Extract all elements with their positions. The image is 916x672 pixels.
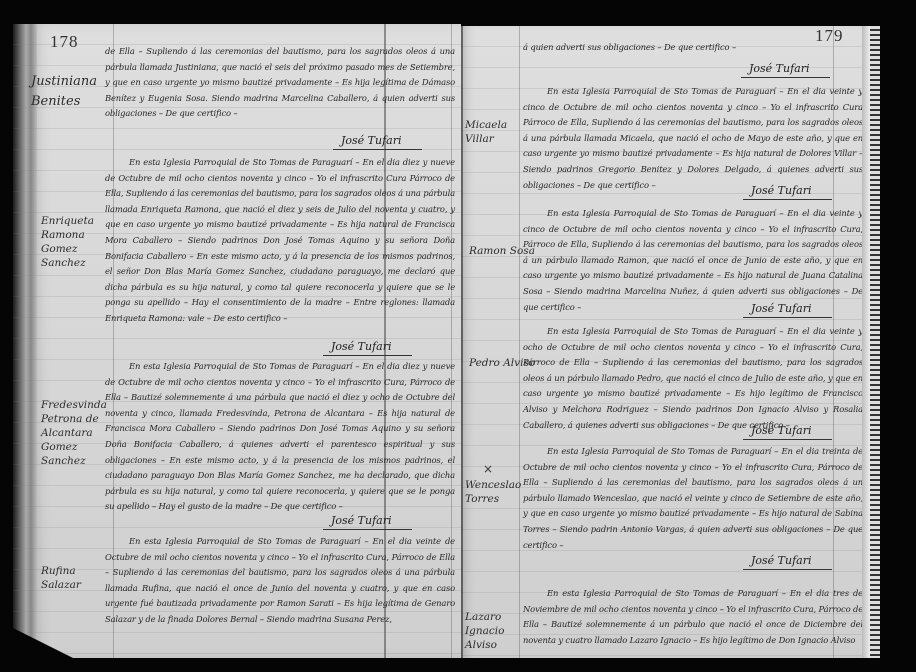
baptism-entry-enriqueta: En esta Iglesia Parroquial de Sto Tomas … <box>105 155 455 327</box>
margin-name-fredesvinda: Fredesvinda Petrona de Alcantara Gomez S… <box>41 398 113 468</box>
baptism-entry-lazaro: En esta Iglesia Parroquial de Sto Tomas … <box>523 586 863 648</box>
priest-signature: José Tufari <box>743 424 832 440</box>
entry-text: En esta Iglesia Parroquial de Sto Tomas … <box>105 155 455 327</box>
priest-signature: José Tufari <box>743 302 832 318</box>
entry-text: á quien adverti sus obligaciones – De qu… <box>523 40 823 56</box>
margin-name-justiniana: Justiniana Benites <box>31 72 103 112</box>
baptism-entry-justiniana: de Ella – Supliendo á las ceremonias del… <box>105 44 455 122</box>
margin-name-rufina: Rufina Salazar <box>41 564 113 592</box>
page-number-left: 178 <box>50 32 79 52</box>
priest-signature: José Tufari <box>323 514 412 530</box>
priest-signature: José Tufari <box>741 62 830 78</box>
baptism-entry-rufina: En esta Iglesia Parroquial de Sto Tomas … <box>105 534 455 628</box>
scanned-register-spread: 178 Justiniana Benites de Ella – Suplien… <box>0 0 916 672</box>
priest-signature: José Tufari <box>333 134 422 150</box>
baptism-entry-micaela: En esta Iglesia Parroquial de Sto Tomas … <box>523 84 863 193</box>
priest-signature: José Tufari <box>323 340 412 356</box>
baptism-entry-ramon: En esta Iglesia Parroquial de Sto Tomas … <box>523 206 863 315</box>
entry-text: En esta Iglesia Parroquial de Sto Tomas … <box>523 84 863 193</box>
entry-text: En esta Iglesia Parroquial de Sto Tomas … <box>523 206 863 315</box>
binding-rule <box>461 26 463 658</box>
priest-signature: José Tufari <box>743 554 832 570</box>
entry-text: En esta Iglesia Parroquial de Sto Tomas … <box>105 534 455 628</box>
baptism-entry-pedro: En esta Iglesia Parroquial de Sto Tomas … <box>523 324 863 433</box>
baptism-entry-wenceslao: En esta Iglesia Parroquial de Sto Tomas … <box>523 444 863 553</box>
margin-name-enriqueta: Enriqueta Ramona Gomez Sanchez <box>41 214 113 270</box>
entry-text: En esta Iglesia Parroquial de Sto Tomas … <box>523 324 863 433</box>
page-edge-stack <box>870 26 880 658</box>
entry-text: En esta Iglesia Parroquial de Sto Tomas … <box>523 586 863 648</box>
baptism-entry-continuation: á quien adverti sus obligaciones – De qu… <box>523 40 823 56</box>
cross-mark-icon: × <box>483 462 493 476</box>
left-page: 178 Justiniana Benites de Ella – Suplien… <box>13 24 461 658</box>
entry-text: En esta Iglesia Parroquial de Sto Tomas … <box>105 359 455 515</box>
entry-text: En esta Iglesia Parroquial de Sto Tomas … <box>523 444 863 553</box>
entry-text: de Ella – Supliendo á las ceremonias del… <box>105 44 455 122</box>
right-page: 179 á quien adverti sus obligaciones – D… <box>461 26 870 658</box>
baptism-entry-fredesvinda: En esta Iglesia Parroquial de Sto Tomas … <box>105 359 455 515</box>
priest-signature: José Tufari <box>743 184 832 200</box>
